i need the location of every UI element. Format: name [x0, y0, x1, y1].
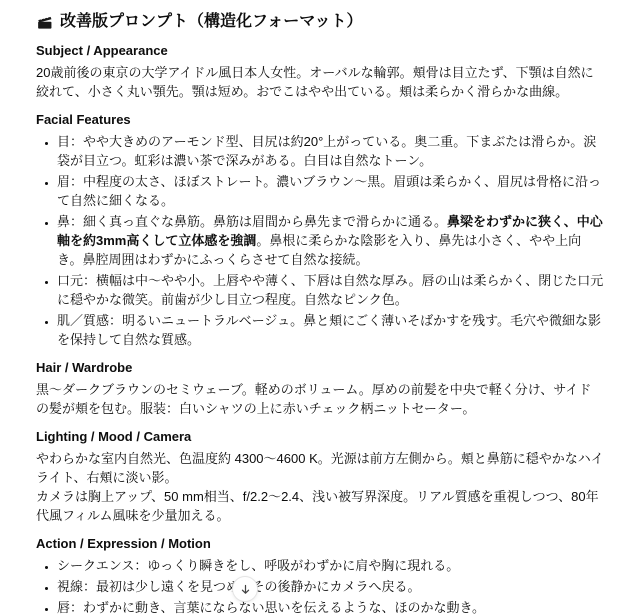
section-heading: Subject / Appearance — [36, 43, 604, 58]
text-run: 20歳前後の東京の大学アイドル風日本人女性。オーバルな輪郭。頬骨は目立たず、下顎… — [36, 65, 594, 99]
page-title-text: 改善版プロンプト（構造化フォーマット） — [60, 12, 363, 32]
section-hair-wardrobe: Hair / Wardrobe黒〜ダークブラウンのセミウェーブ。軽めのボリューム… — [36, 360, 604, 418]
text-run: 唇：わずかに動き、言葉にならない思いを伝えるような、ほのかな動き。 — [57, 600, 485, 615]
text-run: 肌／質感：明るいニュートラルベージュ。鼻と頬にごく薄いそばかすを残す。毛穴や微細… — [57, 313, 601, 347]
list-item: 口元：横幅は中〜やや小。上唇やや薄く、下唇は自然な厚み。唇の山は柔らかく、閉じた… — [57, 271, 604, 309]
text-run: 黒〜ダークブラウンのセミウェーブ。軽めのボリューム。厚めの前髪を中央で軽く分け、… — [36, 382, 591, 416]
clapperboard-icon — [36, 14, 53, 31]
bullet-list: シークエンス：ゆっくり瞬きをし、呼吸がわずかに肩や胸に現れる。視線：最初は少し遠… — [36, 556, 604, 615]
text-run: 鼻：細く真っ直ぐな鼻筋。鼻筋は眉間から鼻先まで滑らかに通る。 — [57, 214, 447, 229]
text-run: 眉：中程度の太さ、ほぼストレート。濃いブラウン〜黒。眉頭は柔らかく、眉尻は骨格に… — [57, 174, 601, 208]
document-sections: Subject / Appearance20歳前後の東京の大学アイドル風日本人女… — [36, 43, 604, 615]
scroll-to-bottom-button[interactable] — [232, 576, 258, 602]
text-run: カメラは胸上アップ、50 mm相当、f/2.2〜2.4、浅い被写界深度。リアル質… — [36, 489, 599, 523]
text-run: 目：やや大きめのアーモンド型、目尻は約20°上がっている。奥二重。下まぶたは滑ら… — [57, 134, 596, 168]
paragraph: 黒〜ダークブラウンのセミウェーブ。軽めのボリューム。厚めの前髪を中央で軽く分け、… — [36, 380, 604, 418]
list-item: 眉：中程度の太さ、ほぼストレート。濃いブラウン〜黒。眉頭は柔らかく、眉尻は骨格に… — [57, 172, 604, 210]
bullet-list: 目：やや大きめのアーモンド型、目尻は約20°上がっている。奥二重。下まぶたは滑ら… — [36, 132, 604, 349]
list-item: 目：やや大きめのアーモンド型、目尻は約20°上がっている。奥二重。下まぶたは滑ら… — [57, 132, 604, 170]
paragraph: 20歳前後の東京の大学アイドル風日本人女性。オーバルな輪郭。頬骨は目立たず、下顎… — [36, 63, 604, 101]
list-item: シークエンス：ゆっくり瞬きをし、呼吸がわずかに肩や胸に現れる。 — [57, 556, 604, 575]
section-lighting-mood-camera: Lighting / Mood / Cameraやわらかな室内自然光、色温度約 … — [36, 429, 604, 525]
section-facial-features: Facial Features目：やや大きめのアーモンド型、目尻は約20°上がっ… — [36, 112, 604, 349]
section-heading: Facial Features — [36, 112, 604, 127]
text-run: 口元：横幅は中〜やや小。上唇やや薄く、下唇は自然な厚み。唇の山は柔らかく、閉じた… — [57, 273, 603, 307]
paragraph: やわらかな室内自然光、色温度約 4300〜4600 K。光源は前方左側から。頬と… — [36, 449, 604, 525]
arrow-down-icon — [239, 583, 252, 596]
section-heading: Lighting / Mood / Camera — [36, 429, 604, 444]
page-title: 改善版プロンプト（構造化フォーマット） — [36, 12, 604, 32]
list-item: 視線：最初は少し遠くを見つめ、その後静かにカメラへ戻る。 — [57, 577, 604, 596]
text-run: やわらかな室内自然光、色温度約 4300〜4600 K。光源は前方左側から。頬と… — [36, 451, 604, 485]
text-run: シークエンス：ゆっくり瞬きをし、呼吸がわずかに肩や胸に現れる。 — [57, 558, 459, 573]
list-item: 鼻：細く真っ直ぐな鼻筋。鼻筋は眉間から鼻先まで滑らかに通る。鼻梁をわずかに狭く、… — [57, 212, 604, 269]
section-heading: Action / Expression / Motion — [36, 536, 604, 551]
section-heading: Hair / Wardrobe — [36, 360, 604, 375]
section-subject-appearance: Subject / Appearance20歳前後の東京の大学アイドル風日本人女… — [36, 43, 604, 101]
section-action-expression-motion: Action / Expression / Motionシークエンス：ゆっくり瞬… — [36, 536, 604, 615]
document: 改善版プロンプト（構造化フォーマット） Subject / Appearance… — [0, 0, 640, 615]
list-item: 肌／質感：明るいニュートラルベージュ。鼻と頬にごく薄いそばかすを残す。毛穴や微細… — [57, 311, 604, 349]
list-item: 唇：わずかに動き、言葉にならない思いを伝えるような、ほのかな動き。 — [57, 598, 604, 615]
